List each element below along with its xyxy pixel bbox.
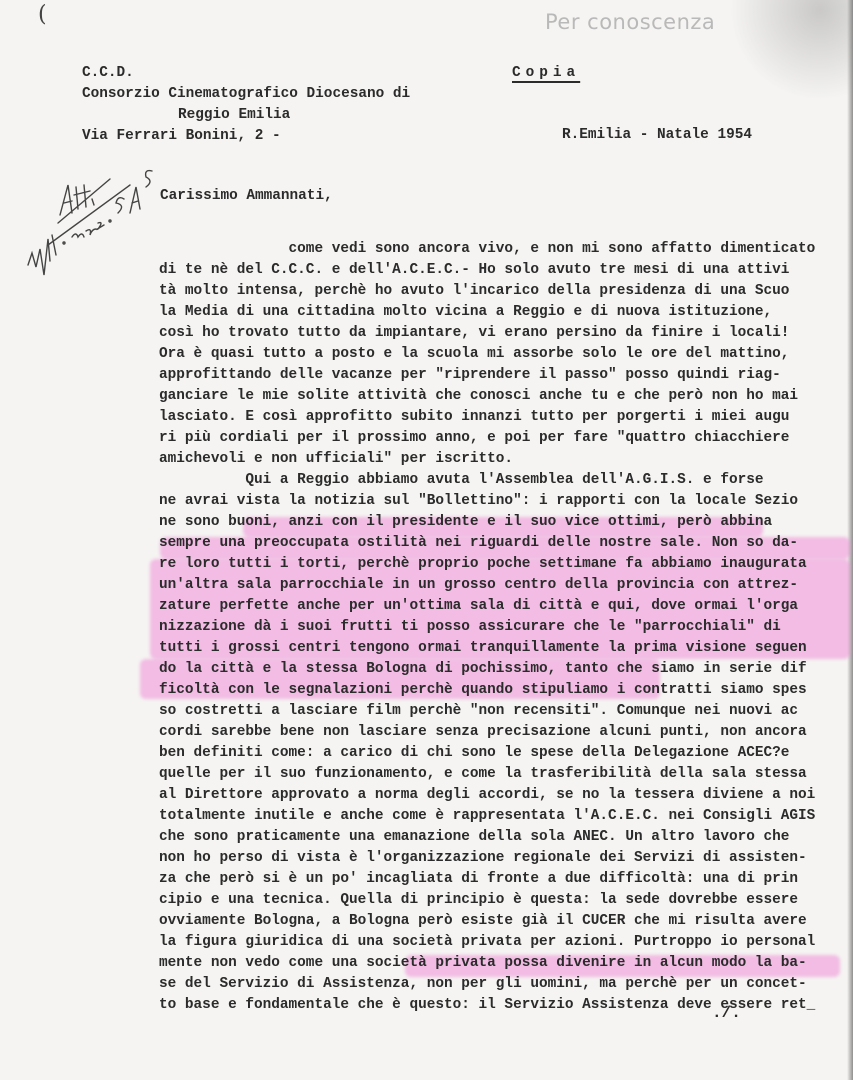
letter-line: za che però si è un po' incagliata di fr… bbox=[159, 869, 815, 890]
letter-line: cordi sarebbe bene non lasciare senza pr… bbox=[159, 722, 815, 743]
letter-line: al Direttore approvato a norma degli acc… bbox=[159, 785, 815, 806]
letter-line: Ora è quasi tutto a posto e la scuola mi… bbox=[159, 344, 815, 365]
place-date: R.Emilia - Natale 1954 bbox=[562, 125, 752, 146]
letter-line: so costretti a lasciare film perchè "non… bbox=[159, 701, 815, 722]
letter-line: ri più cordiali per il prossimo anno, e … bbox=[159, 428, 815, 449]
salutation: Carissimo Ammannati, bbox=[160, 186, 333, 207]
letter-line: zature perfette anche per un'ottima sala… bbox=[159, 596, 815, 617]
letterhead: C.C.D. Consorzio Cinematografico Diocesa… bbox=[82, 63, 410, 147]
letter-line: lasciato. E così approfitto subito innan… bbox=[159, 407, 815, 428]
letter-line: re loro tutti i torti, perchè proprio po… bbox=[159, 554, 815, 575]
letter-line: do la città e la stessa Bologna di pochi… bbox=[159, 659, 815, 680]
scanned-letter-page: ( Per conoscenza C.C.D. Consorzio Cinema… bbox=[0, 0, 853, 1080]
org-city: Reggio Emilia bbox=[82, 107, 290, 123]
letter-line: nizzazione dà i suoi frutti ti posso ass… bbox=[159, 617, 815, 638]
letter-line: mente non vedo come una società privata … bbox=[159, 953, 815, 974]
letter-line: ovviamente Bologna, a Bologna però esist… bbox=[159, 911, 815, 932]
letter-line: ben definiti come: a carico di chi sono … bbox=[159, 743, 815, 764]
pen-mark: ( bbox=[38, 2, 47, 27]
letter-line: ganciare le mie solite attività che cono… bbox=[159, 386, 815, 407]
letter-line: la Media di una cittadina molto vicina a… bbox=[159, 302, 815, 323]
letter-line: di te nè del C.C.C. e dell'A.C.E.C.- Ho … bbox=[159, 260, 815, 281]
letter-line: non ho perso di vista è l'organizzazione… bbox=[159, 848, 815, 869]
letter-line: tà molto intensa, perchè ho avuto l'inca… bbox=[159, 281, 815, 302]
letter-line: se del Servizio di Assistenza, non per g… bbox=[159, 974, 815, 995]
letter-line: cipio e una tecnica. Quella di principio… bbox=[159, 890, 815, 911]
letter-line: ficoltà con le segnalazioni perchè quand… bbox=[159, 680, 815, 701]
handwritten-annotation bbox=[20, 165, 180, 285]
letter-line: Qui a Reggio abbiamo avuta l'Assemblea d… bbox=[159, 470, 815, 491]
letter-line: così ho trovato tutto da impiantare, vi … bbox=[159, 323, 815, 344]
stamp-per-conoscenza: Per conoscenza bbox=[545, 10, 715, 34]
letter-line: amichevoli e non ufficiali" per iscritto… bbox=[159, 449, 815, 470]
letter-line: approfittando delle vacanze per "riprend… bbox=[159, 365, 815, 386]
letter-line: totalmente inutile e anche come è rappre… bbox=[159, 806, 815, 827]
continuation-mark: ./. bbox=[712, 1004, 741, 1022]
letter-line: un'altra sala parrocchiale in un grosso … bbox=[159, 575, 815, 596]
letter-line: quelle per il suo funzionamento, e come … bbox=[159, 764, 815, 785]
org-short: C.C.D. bbox=[82, 65, 134, 81]
letter-body: come vedi sono ancora vivo, e non mi son… bbox=[159, 239, 815, 1016]
copy-label: Copia bbox=[512, 63, 580, 84]
org-address: Via Ferrari Bonini, 2 - bbox=[82, 128, 281, 144]
letter-line: tutti i grossi centri tengono ormai tran… bbox=[159, 638, 815, 659]
letter-line: che sono praticamente una emanazione del… bbox=[159, 827, 815, 848]
letter-line: come vedi sono ancora vivo, e non mi son… bbox=[159, 239, 815, 260]
letter-line: la figura giuridica di una società priva… bbox=[159, 932, 815, 953]
letter-line: ne avrai vista la notizia sul "Bollettin… bbox=[159, 491, 815, 512]
letter-line: sempre una preoccupata ostilità nei rigu… bbox=[159, 533, 815, 554]
letter-line: ne sono buoni, anzi con il presidente e … bbox=[159, 512, 815, 533]
org-name: Consorzio Cinematografico Diocesano di bbox=[82, 86, 410, 102]
